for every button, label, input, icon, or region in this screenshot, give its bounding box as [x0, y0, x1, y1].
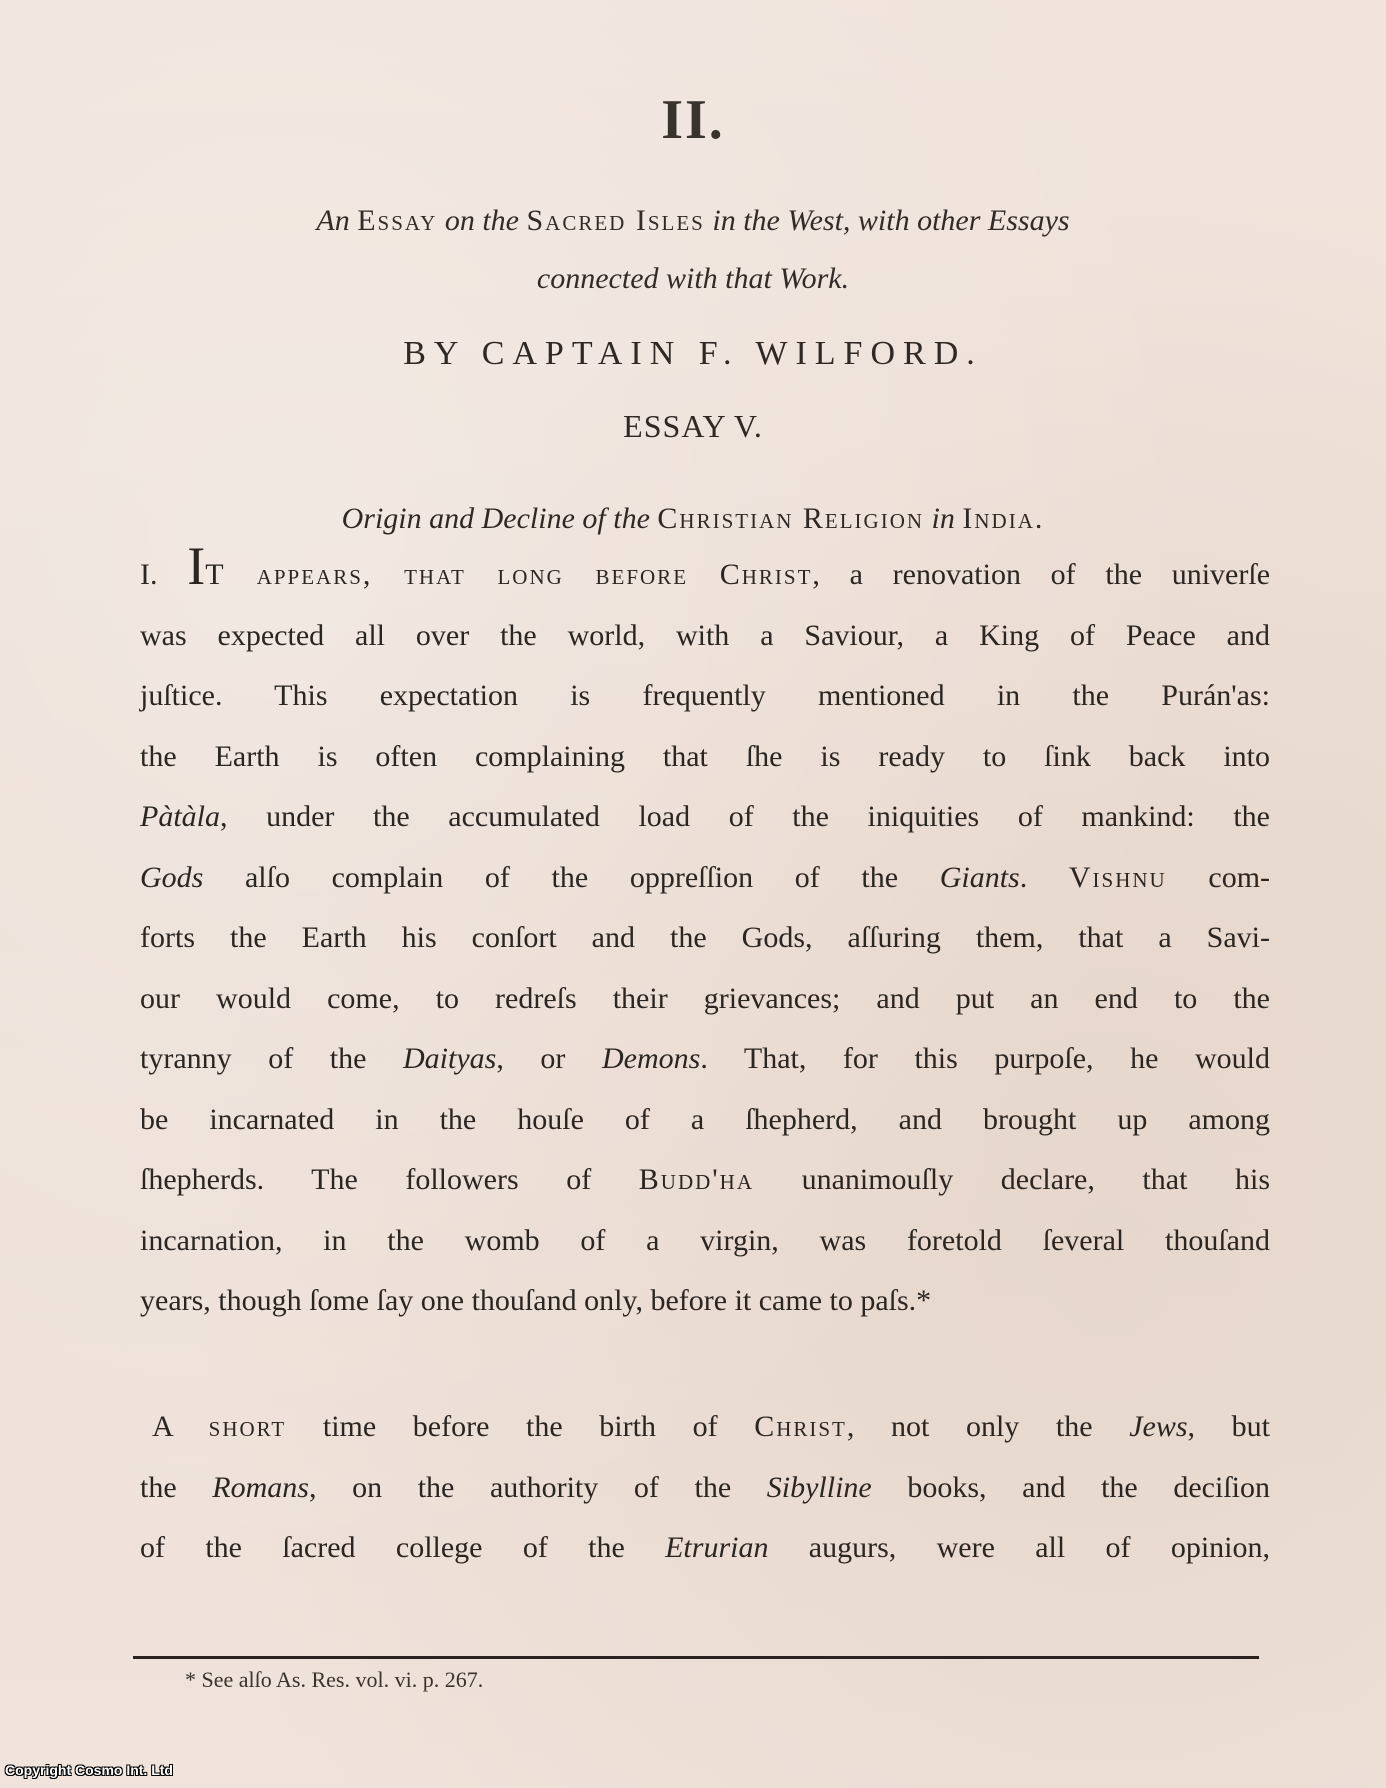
section-number: II.	[0, 88, 1386, 152]
text-line: juſtice. This expectation is frequently …	[140, 666, 1270, 727]
paragraph-1: I. IT appears, that long before Christ, …	[140, 545, 1270, 1332]
text-line: tyranny of the Daityas, or Demons. That,…	[140, 1029, 1270, 1090]
book-page: II. An Essay on the Sacred Isles in the …	[0, 0, 1386, 1788]
footnote: * See alſo As. Res. vol. vi. p. 267.	[185, 1650, 483, 1710]
text-line: the Romans, on the authority of the Siby…	[140, 1458, 1270, 1519]
text-line: our would come, to redreſs their grievan…	[140, 969, 1270, 1030]
copyright-watermark: Copyright Cosmo Int. Ltd	[5, 1762, 173, 1778]
essay-number-heading: ESSAY V.	[0, 408, 1386, 445]
text-line: ſhepherds. The followers of Budd'ha unan…	[140, 1150, 1270, 1211]
text-line: Pàtàla, under the accumulated load of th…	[140, 787, 1270, 848]
text-line: years, though ſome ſay one thouſand only…	[140, 1271, 1270, 1332]
text-line: I. IT appears, that long before Christ, …	[140, 545, 1270, 606]
text-line: A short time before the birth of Christ,…	[140, 1397, 1270, 1458]
paragraph-2: A short time before the birth of Christ,…	[140, 1397, 1270, 1579]
essay-series-title: An Essay on the Sacred Isles in the West…	[0, 192, 1386, 308]
text-line: Gods alſo complain of the oppreſſion of …	[140, 848, 1270, 909]
author-byline: BY CAPTAIN F. WILFORD.	[0, 335, 1386, 373]
essay-subtitle: Origin and Decline of the Christian Reli…	[0, 502, 1386, 536]
text-line: incarnation, in the womb of a virgin, wa…	[140, 1211, 1270, 1272]
text-line: be incarnated in the houſe of a ſhepherd…	[140, 1090, 1270, 1151]
essay-series-title-line-2: connected with that Work.	[0, 250, 1386, 308]
text-line: the Earth is often complaining that ſhe …	[140, 727, 1270, 788]
text-line: of the ſacred college of the Etrurian au…	[140, 1518, 1270, 1579]
text-line: was expected all over the world, with a …	[140, 606, 1270, 667]
text-line: forts the Earth his conſort and the Gods…	[140, 908, 1270, 969]
essay-series-title-line-1: An Essay on the Sacred Isles in the West…	[0, 192, 1386, 250]
drop-cap: I	[187, 536, 205, 596]
